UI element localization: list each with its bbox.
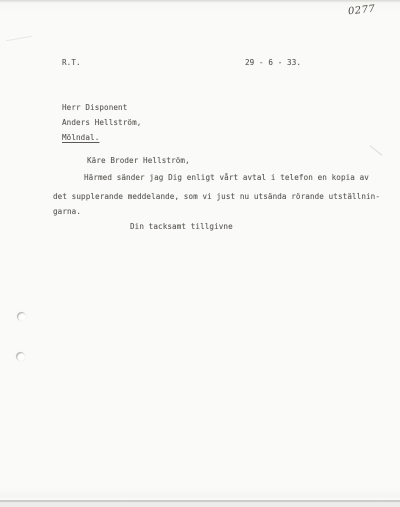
- punch-hole-bottom: [16, 352, 25, 361]
- letter-date: 29 - 6 - 33.: [245, 58, 301, 67]
- closing-line: Din tacksamt tillgivne: [130, 222, 233, 231]
- body-line-1: Härmed sänder jag Dig enligt vårt avtal …: [84, 173, 369, 182]
- scan-bottom-strip: [0, 502, 400, 507]
- reference-initials: R.T.: [62, 58, 81, 67]
- punch-hole-top: [17, 312, 26, 321]
- body-line-2: det supplerande meddelande, som vi just …: [53, 192, 380, 201]
- recipient-title: Herr Disponent: [62, 103, 127, 112]
- body-line-3: garna.: [53, 207, 81, 216]
- paper-background: [0, 0, 400, 507]
- salutation: Käre Broder Hellström,: [87, 156, 190, 165]
- scanned-letter-page: 0277 R.T. 29 - 6 - 33. Herr Disponent An…: [0, 0, 400, 507]
- paper-top-edge: [0, 0, 400, 2]
- recipient-name: Anders Hellström,: [62, 118, 141, 127]
- recipient-place: Mölndal.: [62, 133, 99, 142]
